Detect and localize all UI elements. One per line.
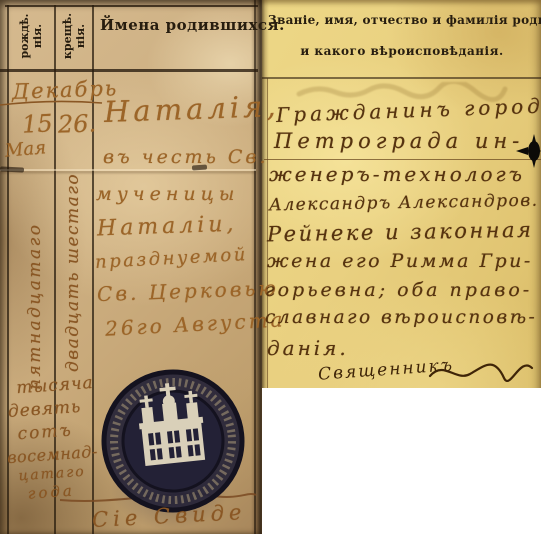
names-column-header: Ймена родившихся. [100,16,252,34]
baptism-column-header: крещѣ. нія. [62,8,87,64]
child-name-line: Наталіи, [97,212,238,242]
scan-cutout-area [262,388,541,534]
birth-header-line1: рождѣ. [18,13,31,58]
parents-record-line: женеръ-технологъ [269,162,525,186]
metric-book-scan: рождѣ. нія. крещѣ. нія. Ймена родившихся… [0,0,541,534]
crease-crack [192,164,207,170]
birth-day-entry: 15 [21,109,53,139]
baptism-header-line2: нія. [74,24,87,48]
parents-record-line: жена его Римма Гри- [267,250,533,272]
baptism-day-entry: 26. [58,109,97,138]
month-underline [0,98,104,108]
child-name-line: въ честь Св. [103,146,269,168]
year-word: девять [7,396,96,422]
year-words-block: тысяча девять сотъ восемнад- цатаго года [0,373,102,504]
parents-record-line: славнаго вѣроисповѣ- [265,307,537,328]
header-row-divider [0,69,258,72]
birth-day-words-vertical: пятнадцатаго [25,218,45,390]
parents-record-line: Рейнеке и законная [267,218,534,247]
birth-header-line2: нія. [31,24,44,48]
parents-record-line: горьевна; оба право- [265,279,532,301]
parents-record-line: Петрограда ин- [274,129,524,153]
birth-column-header: рождѣ. нія. [19,8,44,64]
table-top-border [5,5,258,7]
year-word: тысяча [16,373,95,398]
parents-column-header-line2: и какого вѣроисповѣданія. [268,44,536,58]
baptism-header-line1: крещѣ. [61,13,74,59]
right-header-rule [262,77,541,79]
fold-crease [0,169,256,171]
church-seal-stamp [97,365,249,517]
baptism-day-words-vertical: двадцать шестаго [63,150,83,372]
child-name-line: Наталія, [103,89,280,129]
parents-record-line: данія. [267,336,349,360]
ink-blot [514,132,541,170]
signature-flourish [428,348,540,386]
parents-column-header-line1: Званіе, имя, отчество и фамилія родителе… [268,13,536,27]
left-page-right-border [254,0,256,534]
ruled-underline [264,159,541,160]
year-word: сотъ [17,419,98,444]
birth-month-entry: Мая [4,137,47,162]
child-name-line: мученицы [96,183,239,205]
